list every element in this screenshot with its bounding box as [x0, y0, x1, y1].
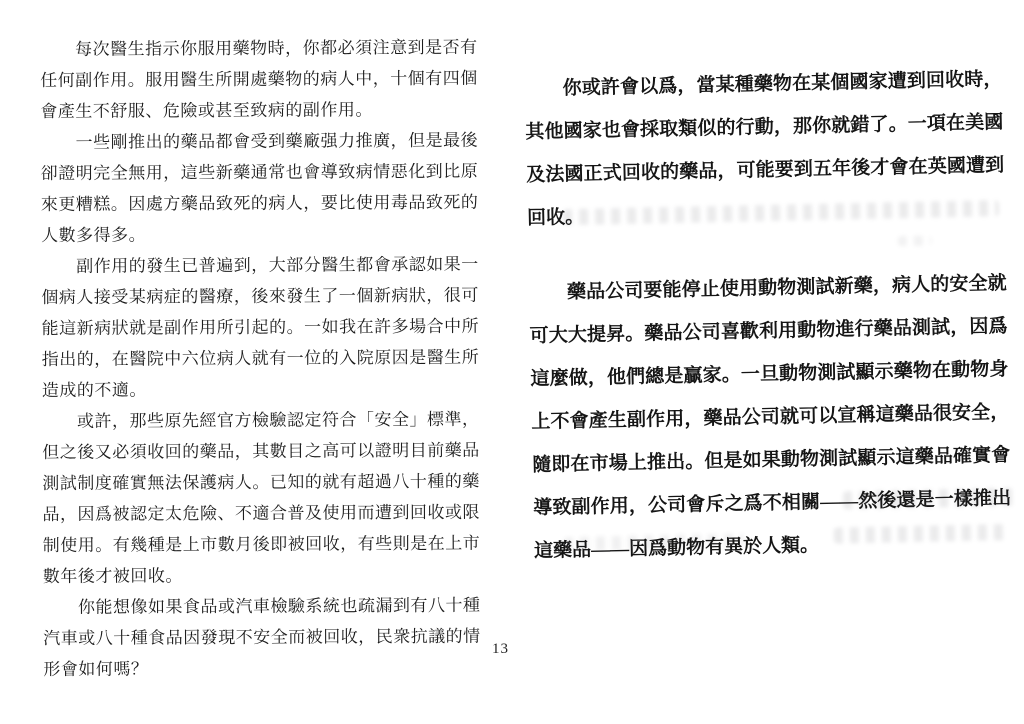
text-line: 汽車或八十種食品因發現不安全而被回收，民衆抗議的情	[43, 621, 473, 654]
text-line: 指出的，在醫院中六位病人就有一位的入院原因是醫生所	[42, 342, 472, 375]
text-line: 或許，那些原先經官方檢驗認定符合「安全」標準，	[42, 404, 472, 437]
text-line: 造成的不適。	[42, 373, 472, 406]
text-line: 卻證明完全無用，這些新藥通常也會導致病情惡化到比原	[41, 156, 471, 189]
right-page-column: 你或許會以爲，當某種藥物在某個國家遭到回收時， 其他國家也會採取類似的行動，那你…	[524, 58, 1012, 573]
text-line: 人數多得多。	[41, 218, 471, 251]
book-scan-page: 每次醫生指示你服用藥物時，你都必須注意到是否有 任何副作用。服用醫生所開處藥物的…	[0, 0, 1024, 724]
text-line: 數年後才被回收。	[43, 559, 473, 592]
text-line: 測試制度確實無法保護病人。已知的就有超過八十種的藥	[42, 466, 472, 499]
page-number: 13	[492, 641, 509, 658]
text-line: 會產生不舒服、危險或甚至致病的副作用。	[40, 94, 470, 127]
text-line: 制使用。有幾種是上市數月後即被回收，有些則是在上市	[43, 528, 473, 561]
text-line: 能這新病狀就是副作用所引起的。一如我在許多場合中所	[41, 311, 471, 344]
text-line: 副作用的發生已普遍到，大部分醫生都會承認如果一	[41, 249, 471, 282]
text-line: 但之後又必須收回的藥品，其數目之高可以證明目前藥品	[42, 435, 472, 468]
text-line: 一些剛推出的藥品都會受到藥廠强力推廣，但是最後	[40, 125, 470, 158]
text-line: 個病人接受某病症的醫療，後來發生了一個新病狀，很可	[41, 280, 471, 313]
text-line: 品，因爲被認定太危險、不適合普及使用而遭到回收或限	[42, 497, 472, 530]
left-page-column: 每次醫生指示你服用藥物時，你都必須注意到是否有 任何副作用。服用醫生所開處藥物的…	[40, 32, 473, 685]
text-line: 這藥品——因爲動物有異於人類。	[534, 520, 1013, 573]
text-line: 形會如何嗎？	[43, 652, 473, 685]
text-line: 任何副作用。服用醫生所開處藥物的病人中，十個有四個	[40, 63, 470, 96]
text-line: 來更糟糕。因處方藥品致死的病人，要比使用毒品致死的	[41, 187, 471, 220]
text-line: 你能想像如果食品或汽車檢驗系統也疏漏到有八十種	[43, 590, 473, 623]
text-line: 每次醫生指示你服用藥物時，你都必須注意到是否有	[40, 32, 470, 65]
